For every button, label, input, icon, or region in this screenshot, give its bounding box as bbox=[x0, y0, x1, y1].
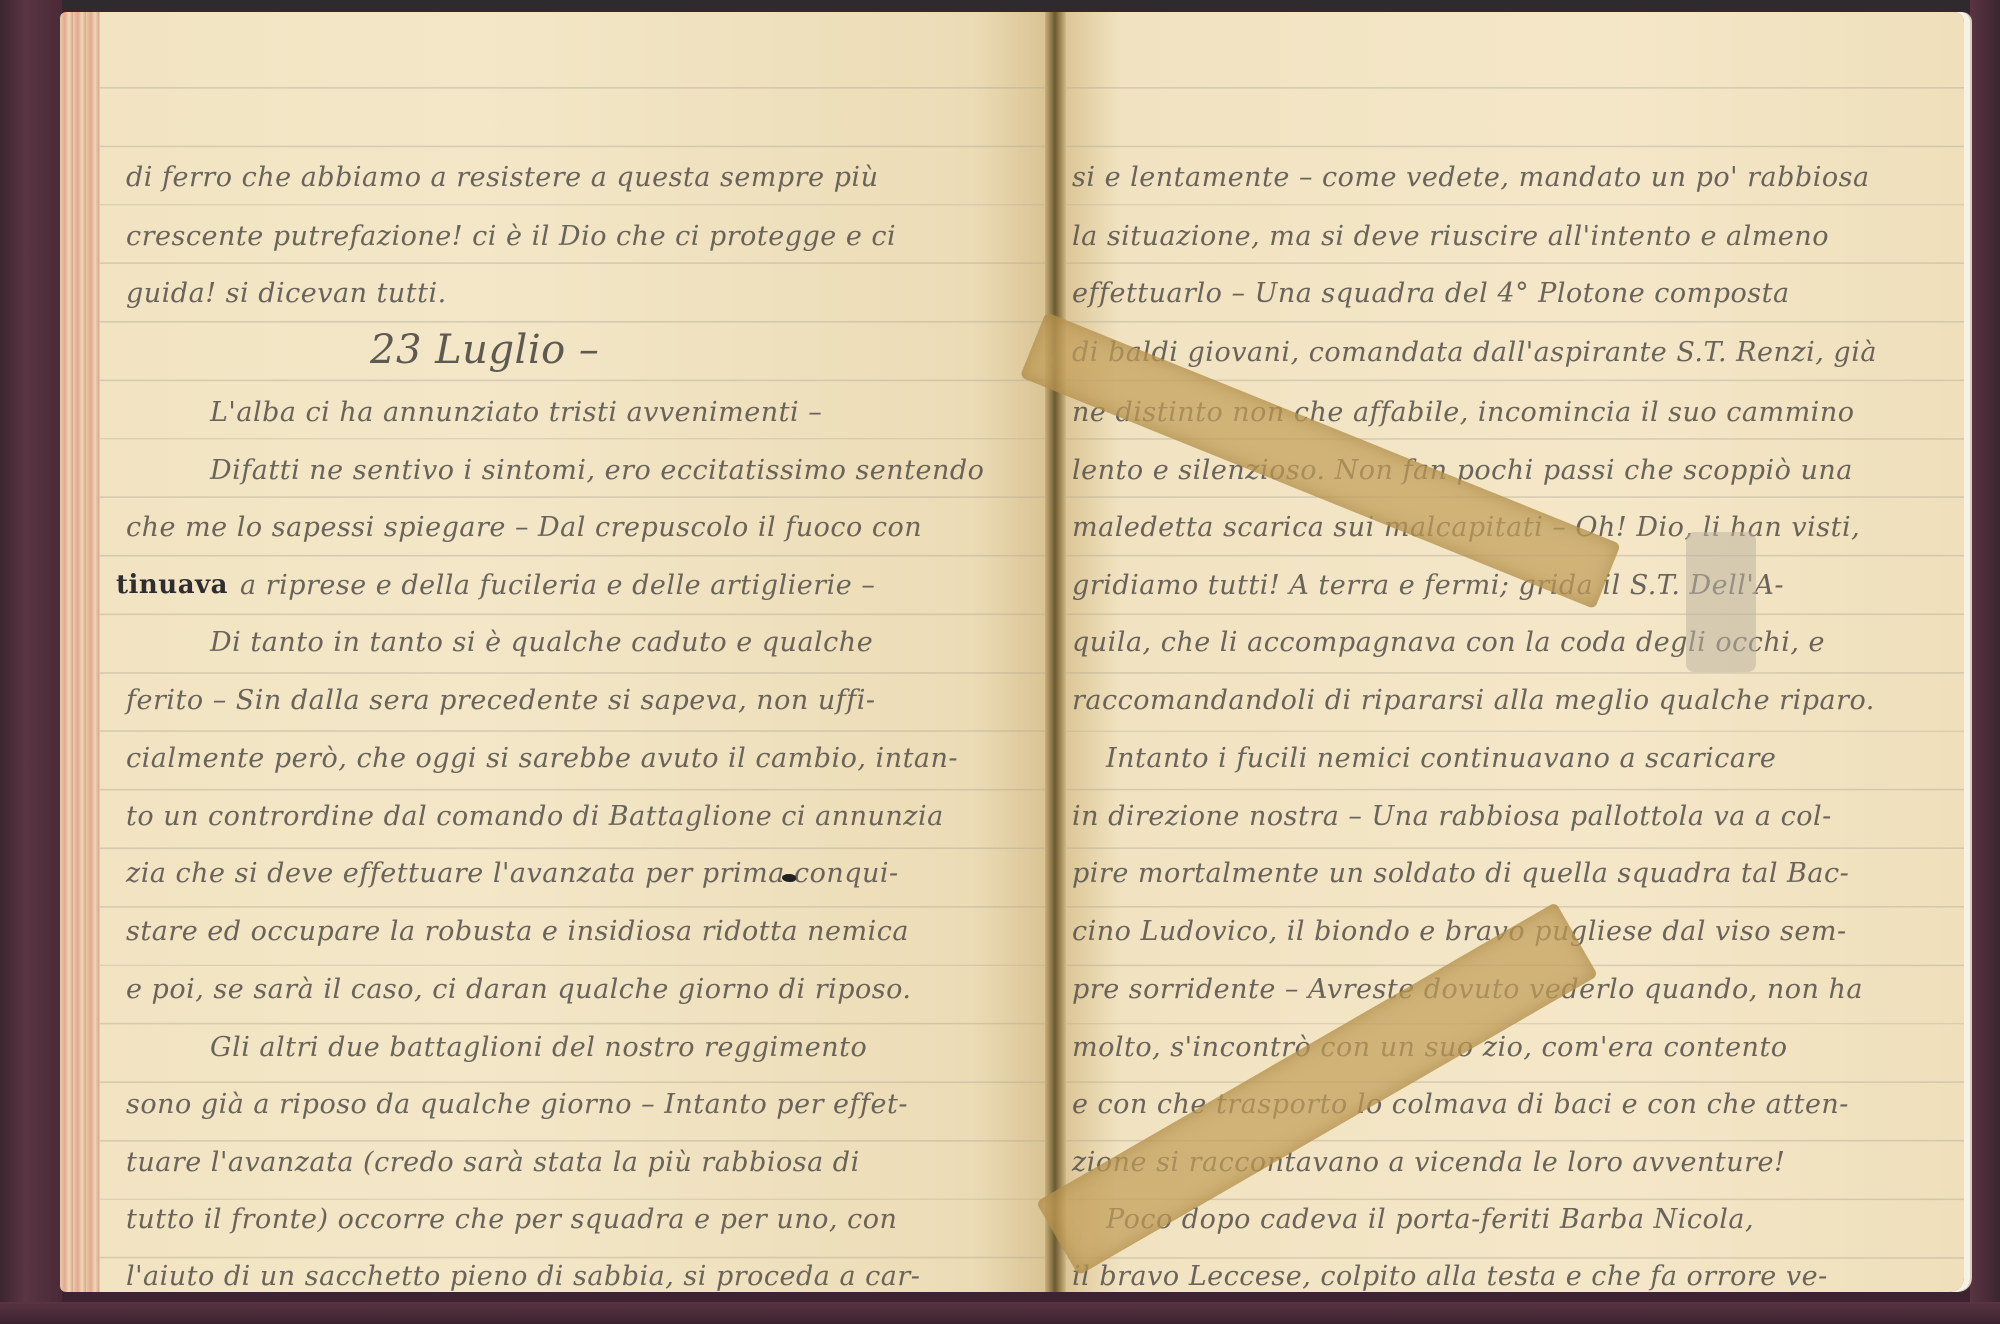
text-line: cialmente però, che oggi si sarebbe avut… bbox=[126, 743, 958, 774]
text-line: raccomandandoli di ripararsi alla meglio… bbox=[1072, 685, 1875, 716]
text-line: Di tanto in tanto si è qualche caduto e … bbox=[210, 627, 873, 658]
margin-insert-ink: tinuava bbox=[116, 570, 228, 600]
notebook-cover-right bbox=[1970, 0, 2000, 1324]
text-line: l'aiuto di un sacchetto pieno di sabbia,… bbox=[126, 1261, 920, 1292]
notebook-cover-top-edge bbox=[0, 0, 2000, 10]
text-line: di baldi giovani, comandata dall'aspiran… bbox=[1072, 337, 1877, 368]
text-line: a riprese e della fucileria e delle arti… bbox=[240, 570, 875, 601]
notebook-cover-bottom-edge bbox=[0, 1302, 2000, 1324]
book-gutter bbox=[1045, 12, 1067, 1292]
right-page: si e lentamente – come vedete, mandato u… bbox=[1066, 12, 1964, 1292]
text-line: zia che si deve effettuare l'avanzata pe… bbox=[126, 858, 899, 889]
ink-blot bbox=[782, 874, 796, 882]
notebook-cover-left bbox=[0, 0, 62, 1324]
text-line: si e lentamente – come vedete, mandato u… bbox=[1072, 162, 1870, 193]
text-line: effettuarlo – Una squadra del 4° Plotone… bbox=[1072, 278, 1790, 309]
text-line: to un contrordine dal comando di Battagl… bbox=[126, 801, 944, 832]
text-line: guida! si dicevan tutti. bbox=[126, 278, 447, 309]
text-line: Poco dopo cadeva il porta-feriti Barba N… bbox=[1106, 1204, 1754, 1235]
text-line: pire mortalmente un soldato di quella sq… bbox=[1072, 858, 1849, 889]
text-line: di ferro che abbiamo a resistere a quest… bbox=[126, 162, 878, 193]
text-line: gridiamo tutti! A terra e fermi; grida i… bbox=[1072, 570, 1784, 601]
left-page: di ferro che abbiamo a resistere a quest… bbox=[100, 12, 1048, 1292]
text-line: tutto il fronte) occorre che per squadra… bbox=[126, 1204, 897, 1235]
date-heading: 23 Luglio – bbox=[370, 327, 599, 373]
tape-residue-stain bbox=[1686, 532, 1756, 672]
text-line: L'alba ci ha annunziato tristi avvenimen… bbox=[210, 397, 822, 428]
text-line: Gli altri due battaglioni del nostro reg… bbox=[210, 1032, 867, 1063]
text-line: in direzione nostra – Una rabbiosa pallo… bbox=[1072, 801, 1832, 832]
text-line: crescente putrefazione! ci è il Dio che … bbox=[126, 221, 896, 252]
text-line: ferito – Sin dalla sera precedente si sa… bbox=[126, 685, 876, 716]
text-line: Intanto i fucili nemici continuavano a s… bbox=[1106, 743, 1776, 774]
text-line: tuare l'avanzata (credo sarà stata la pi… bbox=[126, 1147, 860, 1178]
text-line: stare ed occupare la robusta e insidiosa… bbox=[126, 916, 909, 947]
text-line: la situazione, ma si deve riuscire all'i… bbox=[1072, 221, 1829, 252]
text-line: Difatti ne sentivo i sintomi, ero eccita… bbox=[210, 455, 984, 486]
text-line: il bravo Leccese, colpito alla testa e c… bbox=[1072, 1261, 1828, 1292]
text-line: e poi, se sarà il caso, ci daran qualche… bbox=[126, 974, 912, 1005]
text-line: che me lo sapessi spiegare – Dal crepusc… bbox=[126, 512, 922, 543]
text-line: sono già a riposo da qualche giorno – In… bbox=[126, 1089, 908, 1120]
text-line: cino Ludovico, il biondo e bravo puglies… bbox=[1072, 916, 1847, 947]
